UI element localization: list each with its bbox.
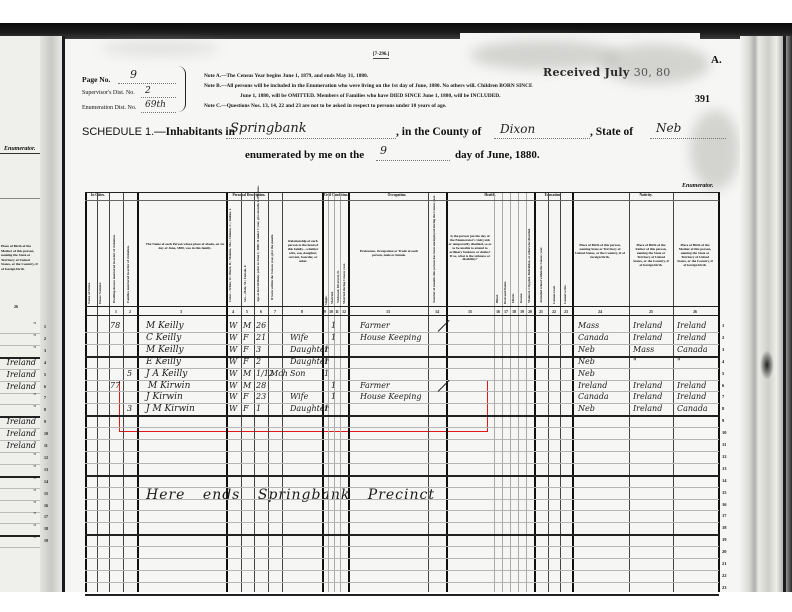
grid-column-line [348,192,350,592]
grid-row-line [85,415,719,417]
relationship: Wife [290,392,308,402]
grid-row-line [85,510,719,511]
single-mark: 1 [324,404,329,414]
grid-row-line [85,439,719,440]
line-number-left: · [86,537,88,542]
relationship: Son [290,369,305,379]
grid-column-line [137,192,139,592]
line-number: 18 [722,525,727,530]
column-number: 15 [463,310,477,314]
col-idiotic: Idiotic. [512,283,516,303]
state-line [650,138,726,139]
color: W [229,357,237,367]
county-label: , in the County of [396,126,481,138]
stain [760,350,774,380]
col-born-month: If born within the Census year, give the… [271,210,275,300]
line-number-left: · [86,335,88,340]
supervisor-line [141,97,176,98]
grid-column-line [526,192,527,592]
enumerated-label: enumerated by me on the [245,149,364,161]
book-edge [783,36,786,592]
line-number: 21 [722,561,727,566]
grid-column-line [226,192,228,592]
person-name: M Keilly [146,345,184,355]
line-number: 4 [722,359,724,364]
left-page-entry: " [0,405,40,412]
line-number: 1 [722,323,724,328]
age: 1 [256,404,261,414]
place-value: Springbank [230,121,307,136]
color: W [229,333,237,343]
line-number-left: · [86,454,88,459]
col-street: Name of Street. [88,268,92,304]
schedule-label: —Inhabitants in [154,126,235,138]
left-page-line-number: 1 [44,324,46,329]
col-cannot-read: Cannot read. [553,280,557,304]
left-page-line-number: 2 [44,336,46,341]
col-color: Color—White, W.; Black, B.; Mulatto, Mu.… [229,202,233,302]
column-number: 5 [240,310,254,314]
enumeration-label: Enumeration Dist. No. [82,105,136,111]
line-number: 7 [722,394,724,399]
color: W [229,381,237,391]
line-number-left: · [86,490,88,495]
line-number: 20 [722,549,727,554]
scan-top-notch [460,33,700,39]
schedule-prefix: SCHEDULE 1. [82,126,154,138]
grid-column-line [254,192,255,592]
day-line [376,160,450,161]
grid-row-line [85,427,719,428]
grid-row-line [85,594,719,596]
column-number: 4 [226,310,240,314]
relationship: Daughter [290,357,328,367]
received-stamp: Received July 30, 80 [543,66,671,79]
single-mark: 1 [324,345,329,355]
left-page-entry: Ireland [0,358,40,367]
left-page-entry: " [0,465,40,472]
mother-birthplace: Ireland [677,321,706,331]
form-code: [7-296.] [373,52,389,59]
grid-row-line [85,546,719,547]
place-line [226,138,396,139]
group-personal: Personal Description. [227,193,271,197]
group-in-cities: In Cities. [86,193,110,197]
line-number: 2 [722,335,724,340]
note-b-cont: June 1, 1880, will be OMITTED. Members o… [240,93,501,99]
left-page-line-number: 4 [44,360,46,365]
left-page-row-line [0,547,40,548]
received-label: Received July [543,66,630,79]
grid-column-line [560,192,561,592]
col-insane: Insane. [520,285,524,303]
grid-header-top [85,192,719,193]
page-no-label: Page No. [82,75,110,84]
grid-column-line [718,192,720,592]
column-number: 21 [534,310,548,314]
grid-column-line [109,192,110,592]
column-number: 1 [109,310,123,314]
color: W [229,392,237,402]
group-occupation: Occupation. [349,193,445,197]
schedule-title: SCHEDULE 1.—Inhabitants in [82,126,235,138]
closing-note: Here ends Springbank Precinct [146,487,435,503]
grid-row-line [85,475,719,477]
left-page-enumerator-heading: Enumerator. [4,146,36,152]
left-page-line-number: 18 [44,526,48,531]
line-number: 6 [722,383,724,388]
age: 21 [256,333,266,343]
age: 2 [256,357,261,367]
line-number-left: · [86,418,88,423]
line-number: 14 [722,478,727,483]
grid-row-line [85,570,719,571]
age: 28 [256,381,266,391]
grid-row-line [85,487,719,488]
line-number-left: · [86,573,88,578]
supervisor-value: 2 [145,86,151,96]
left-page-entry: " [0,501,40,508]
grid-column-line [268,192,269,592]
grid-column-line [97,192,98,592]
grid-column-line [428,192,429,592]
col-attended-school: Attended school within the Census year. [540,215,544,303]
col-deaf-dumb: Deaf and Dumb. [504,270,508,304]
left-page-rule [0,198,40,199]
person-name: J Kirwin [146,392,183,402]
line-number: 13 [722,466,727,471]
grid-column-line [572,192,574,592]
occupation: House Keeping [360,333,422,343]
line-number: 8 [722,406,724,411]
col-blind: Blind. [496,285,500,303]
line-number: 16 [722,502,727,507]
line-number: 17 [722,513,727,518]
county-value: Dixon [500,122,535,136]
left-page-line-number: 6 [44,384,46,389]
sex: F [243,333,249,343]
column-number: 14 [430,310,444,314]
sex: M [243,381,251,391]
group-nativity: Nativity. [573,193,719,197]
age: 3 [256,345,261,355]
page-letter: A. [711,54,722,66]
father-birthplace: Ireland [633,381,662,391]
color: W [229,345,237,355]
left-page-entry: " [0,536,40,543]
grid-column-line [629,192,630,592]
line-number-left: · [86,430,88,435]
color: W [229,404,237,414]
column-number: 25 [644,310,658,314]
line-number-left: · [86,383,88,388]
enumerated-line: enumerated by me on the [245,149,364,161]
sex: F [243,357,249,367]
color: W [229,369,237,379]
line-number: 5 [722,371,724,376]
father-birthplace: Ireland [633,321,662,331]
col-sex: Sex—Male, M.; Female, F. [244,240,248,302]
married-mark: 1 [331,392,336,402]
col-months-unemployed: Number of months this person has been un… [433,205,437,303]
left-page-entry: " [0,453,40,460]
person-name: J M Kirwin [146,404,195,414]
father-birthplace: Ireland [633,404,662,414]
line-number-left: · [86,549,88,554]
grid-column-line [548,192,549,592]
father-birthplace: Ireland [633,333,662,343]
line-number-left: · [86,478,88,483]
column-number: 24 [593,310,607,314]
married-mark: 1 [331,381,336,391]
married-mark: 1 [331,321,336,331]
grid-column-line [534,192,536,592]
grid-column-line [282,192,283,592]
line-number-left: · [86,323,88,328]
dwelling-number: 78 [110,321,120,331]
left-page-line-number: 3 [44,348,46,353]
relationship: Daughter [290,404,328,414]
column-number: 3 [174,310,188,314]
left-page-column-number: 26 [14,304,18,309]
page-no-value: 9 [130,68,137,81]
left-page-line-number: 7 [44,395,46,400]
enumerator-heading: Enumerator. [682,183,714,189]
header-brace [178,66,186,112]
col-sick: Is the person [on the day of the Enumera… [448,235,492,262]
person-name: E Keilly [146,357,181,367]
grid-column-line [123,192,124,592]
line-number-left: · [86,359,88,364]
col-birth-mother: Place of Birth of the Mother of this per… [676,244,714,267]
supervisor-label: Supervisor's Dist. No. [82,90,135,96]
grid-header-bottom [85,306,719,307]
birthplace: Neb [578,404,595,414]
left-page-entry: Ireland [0,441,40,450]
sex: F [243,345,249,355]
col-cannot-write: Cannot write. [564,280,568,304]
age: 26 [256,321,266,331]
mother-birthplace: Canada [677,345,708,355]
column-number: 23 [559,310,573,314]
left-page-column-header: Place of Birth of the Mother of this per… [1,244,39,271]
enumeration-value: 69th [145,100,166,110]
person-name: M Keilly [146,321,184,331]
mother-birthplace: Ireland [677,333,706,343]
line-number: 15 [722,490,727,495]
left-page-entry: " [0,334,40,341]
grid-row-line [85,499,719,500]
grid-row-line [85,582,719,583]
birth-month: Mch [270,369,288,379]
relationship: Daughter [290,345,328,355]
note-c: Note C.—Questions Nos. 13, 14, 22 and 23… [204,103,446,109]
col-birth-person: Place of Birth of this person, naming St… [575,244,625,260]
left-page-entry: " [0,322,40,329]
left-page-entry: " [0,346,40,353]
col-family: Families numbered in order of visitation… [127,218,131,303]
page-no-line [118,83,176,84]
state-label: , State of [590,126,633,138]
received-date: 30, 80 [634,66,671,79]
line-number-left: · [86,347,88,352]
grid-column-line [673,192,674,592]
left-page-entry: Ireland [0,370,40,379]
col-name: The Name of each Person whose place of a… [145,243,225,251]
col-house-number: House Number. [99,268,103,304]
left-page-line-number: 14 [44,479,48,484]
left-page-line-number: 15 [44,491,48,496]
birthplace: Neb [578,345,595,355]
person-name: J A Keilly [146,369,187,379]
father-birthplace: Ireland [633,392,662,402]
grid-column-line [340,192,341,592]
col-age: Age at last birthday prior to June 1, 18… [257,202,261,302]
occupation: Farmer [360,321,390,331]
left-page-entry: " [0,393,40,400]
family-number: 3 [127,404,132,414]
group-education: Education. [535,193,571,197]
dwelling-number: 77 [110,381,120,391]
book-spine [62,36,65,592]
single-mark: 1 [324,369,329,379]
left-page-line-number: 12 [44,455,48,460]
column-number: 13 [381,310,395,314]
note-b: Note B.—All persons will be included in … [204,83,533,89]
grid-column-line [241,192,242,592]
left-page-entry: Ireland [0,429,40,438]
grid-column-line [328,192,329,592]
line-number: 19 [722,537,727,542]
occupation: Farmer [360,381,390,391]
person-name: M Kirwin [148,381,190,391]
mother-birthplace: Ireland [677,392,706,402]
line-number-left: · [86,502,88,507]
column-number: 2 [123,310,137,314]
sex: M [243,321,251,331]
grid-row-line [85,558,719,559]
left-page-line-number: 10 [44,431,48,436]
line-number: 12 [722,454,727,459]
grid-column-line [446,192,448,592]
col-married-year: Married during Census year. [343,258,347,304]
top-margin [0,0,792,23]
line-number: 22 [722,573,727,578]
left-page-line-number: 16 [44,503,48,508]
column-number: 6 [254,310,268,314]
left-page-line-number: 17 [44,514,48,519]
grid-column-line [518,192,519,592]
grid-column-line [322,192,324,592]
left-page-entry: Ireland [0,382,40,391]
stain [690,110,740,190]
group-civil: Civil Condition. [323,193,349,197]
line-number: 10 [722,430,727,435]
birthplace: Neb [578,357,595,367]
sex: F [243,392,249,402]
left-page-entry: " [0,489,40,496]
left-gutter [40,36,62,592]
family-number: 5 [127,369,132,379]
birthplace: Ireland [578,381,607,391]
left-page-rule [0,153,40,154]
line-number-left: · [86,371,88,376]
sex: M [243,369,251,379]
col-relationship: Relationship of each person to the head … [285,240,321,263]
sex: F [243,404,249,414]
grid-colnum-bottom [85,315,719,316]
left-page-entry: " [0,477,40,484]
grid-row-line [85,534,719,536]
day-value: 9 [380,144,387,157]
col-maimed: Maimed, Crippled, Bedridden, or otherwis… [528,205,532,303]
mother-birthplace: Ireland [677,381,706,391]
county-line [494,138,590,139]
col-birth-father: Place of Birth of the Father of this per… [632,244,670,267]
birthplace: Canada [578,333,609,343]
grid-column-line [85,192,87,592]
line-number-left: · [86,394,88,399]
person-name: C Keilly [146,333,181,343]
grid-row-line [85,522,719,523]
mother-birthplace: " [677,357,681,367]
father-birthplace: Mass [633,345,654,355]
line-number-left: · [86,585,88,590]
left-page-line-number: 19 [44,538,48,543]
color: W [229,321,237,331]
stamp-number: 391 [695,94,710,105]
left-page-line-number: 9 [44,419,46,424]
married-mark: 1 [331,333,336,343]
occupation: House Keeping [360,392,422,402]
grid-column-line [502,192,503,592]
col-profession: Profession, Occupation or Trade of each … [357,250,421,258]
grid-header-rule [85,200,719,201]
left-page-line-number: 11 [44,443,48,448]
birthplace: Mass [578,321,599,331]
line-number-left: · [86,442,88,447]
single-mark: 1 [324,357,329,367]
line-number-left: · [86,466,88,471]
grid-column-line [494,192,495,592]
mother-birthplace: Canada [677,404,708,414]
line-number: 23 [722,585,727,590]
state-value: Neb [656,121,681,135]
grid-row-line [85,463,719,464]
column-number: 7 [268,310,282,314]
enumeration-line [141,112,176,113]
line-number: 3 [722,347,724,352]
column-number: 26 [688,310,702,314]
day-label: day of June, 1880. [455,149,540,161]
col-dwelling: Dwelling-houses numbered in order of vis… [113,218,117,303]
line-number: 9 [722,418,724,423]
left-page-line-number: 8 [44,407,46,412]
age: 23 [256,392,266,402]
grid-column-line [510,192,511,592]
line-number-left: · [86,525,88,530]
line-number-left: · [86,513,88,518]
group-health: Health. [447,193,533,197]
column-number: 8 [295,310,309,314]
birthplace: Neb [578,369,595,379]
left-page-line-number: 5 [44,372,46,377]
left-page-line-number: 13 [44,467,48,472]
stain [100,40,220,56]
note-a: Note A.—The Census Year begins June 1, 1… [204,73,368,79]
line-number-left: · [86,561,88,566]
line-number: 11 [722,442,726,447]
